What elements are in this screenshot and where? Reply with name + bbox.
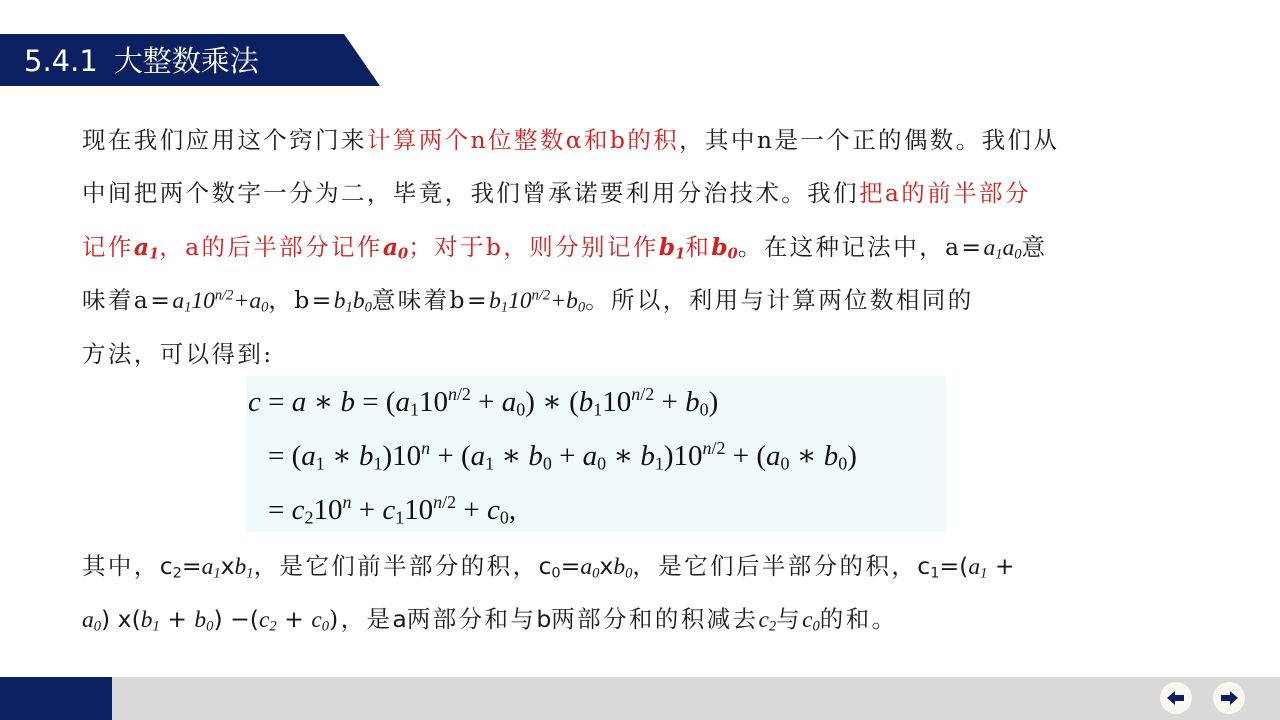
- highlight-text: ，a的后半部分记作: [159, 233, 383, 261]
- math-a1: a1: [134, 233, 159, 261]
- text: ) x(: [101, 605, 141, 633]
- text: ，b=: [268, 286, 333, 314]
- math-a1a0: a1a0: [984, 235, 1022, 261]
- next-slide-button[interactable]: [1213, 682, 1245, 714]
- text: 意味着b=: [372, 286, 489, 314]
- math-b0: b0: [613, 554, 632, 580]
- text: ，是它们后半部分的积，: [632, 552, 917, 580]
- plus: +: [987, 552, 1014, 580]
- highlight-text: 和: [685, 233, 711, 261]
- text: )，是: [329, 605, 392, 633]
- plus: +: [160, 605, 195, 633]
- times: x: [599, 552, 613, 580]
- paragraph-line-6: 其中，c2=a1xb1，是它们前半部分的积，c0=a0xb0，是它们后半部分的积…: [82, 546, 1015, 586]
- text: 味着a=: [82, 286, 172, 314]
- paragraph-line-2: 中间把两个数字一分为二，毕竟，我们曾承诺要利用分治技术。我们把a的前半部分: [82, 173, 1031, 213]
- previous-slide-button[interactable]: [1160, 682, 1192, 714]
- arrow-right-icon: [1219, 690, 1239, 706]
- math-b1b0: b1b0: [334, 288, 372, 314]
- highlight-text: ；对于b，则分别记作: [408, 233, 659, 261]
- math-a0: a0: [383, 233, 408, 261]
- text: 。在这种记法中，a=: [738, 233, 984, 261]
- paragraph-line-1: 现在我们应用这个窍门来计算两个n位整数α和b的积，其中n是一个正的偶数。我们从: [82, 120, 1059, 160]
- text: 与: [776, 605, 802, 633]
- times: x: [221, 552, 235, 580]
- math-c2: c2: [259, 607, 277, 633]
- text: 。所以，利用与计算两位数相同的: [585, 286, 974, 314]
- footer-accent-bar: [0, 677, 112, 720]
- highlight-text: 把a的前半部分: [859, 179, 1031, 207]
- math-c0: c0: [311, 607, 329, 633]
- letter-b: b: [536, 605, 551, 633]
- highlight-text: 计算两个n位整数α和b的积: [367, 126, 679, 154]
- math-a-expansion: a110n/2+a0: [172, 288, 268, 314]
- math-c0: c0=: [538, 552, 580, 580]
- text: ) −(: [213, 605, 259, 633]
- math-c0: c0: [802, 607, 820, 633]
- text: ，其中n是一个正的偶数。我们从: [679, 126, 1059, 154]
- title-label: 大整数乘法: [114, 44, 259, 78]
- text: 两部分和与: [407, 605, 537, 633]
- slide-title: 5.4.1大整数乘法: [24, 38, 259, 84]
- math-b1: b1: [235, 554, 254, 580]
- paragraph-line-3: 记作a1，a的后半部分记作a0；对于b，则分别记作b1和b0。在这种记法中，a=…: [82, 227, 1047, 267]
- math-a0: a0: [82, 607, 101, 633]
- math-c2: c2=: [160, 552, 202, 580]
- formula-box: c = a ∗ b = (a110n/2 + a0) ∗ (b110n/2 + …: [246, 376, 946, 532]
- text: 其中，: [82, 552, 160, 580]
- text: 现在我们应用这个窍门来: [82, 126, 367, 154]
- text: 两部分和的积减去: [551, 605, 758, 633]
- math-b-expansion: b110n/2+b0: [489, 288, 585, 314]
- formula-row-2: = (a1 ∗ b1)10n + (a1 ∗ b0 + a0 ∗ b1)10n/…: [268, 438, 857, 474]
- math-b1: b1: [141, 607, 160, 633]
- plus: +: [277, 605, 312, 633]
- math-a0: a0: [580, 554, 599, 580]
- arrow-left-icon: [1166, 690, 1186, 706]
- math-b0: b0: [711, 233, 738, 261]
- math-b1: b1: [659, 233, 686, 261]
- paragraph-line-7: a0) x(b1 + b0) −(c2 + c0)，是a两部分和与b两部分和的积…: [82, 599, 897, 639]
- math-a1: a1: [968, 554, 987, 580]
- footer-bar: [112, 677, 1280, 720]
- formula-row-3: = c210n + c110n/2 + c0,: [268, 492, 516, 528]
- section-number: 5.4.1: [24, 44, 98, 78]
- letter-a: a: [392, 605, 406, 633]
- math-b0: b0: [194, 607, 213, 633]
- text: ，是它们前半部分的积，: [254, 552, 539, 580]
- text: 意: [1022, 233, 1048, 261]
- math-c1: c1=(: [917, 552, 968, 580]
- math-a1: a1: [202, 554, 221, 580]
- paragraph-line-4: 味着a=a110n/2+a0，b=b1b0意味着b=b110n/2+b0。所以，…: [82, 280, 974, 320]
- formula-row-1: c = a ∗ b = (a110n/2 + a0) ∗ (b110n/2 + …: [248, 384, 718, 420]
- math-c2: c2: [758, 607, 776, 633]
- text: 中间把两个数字一分为二，毕竟，我们曾承诺要利用分治技术。我们: [82, 179, 859, 207]
- paragraph-line-5: 方法，可以得到:: [82, 334, 274, 374]
- text: 的和。: [820, 605, 898, 633]
- highlight-text: 记作: [82, 233, 134, 261]
